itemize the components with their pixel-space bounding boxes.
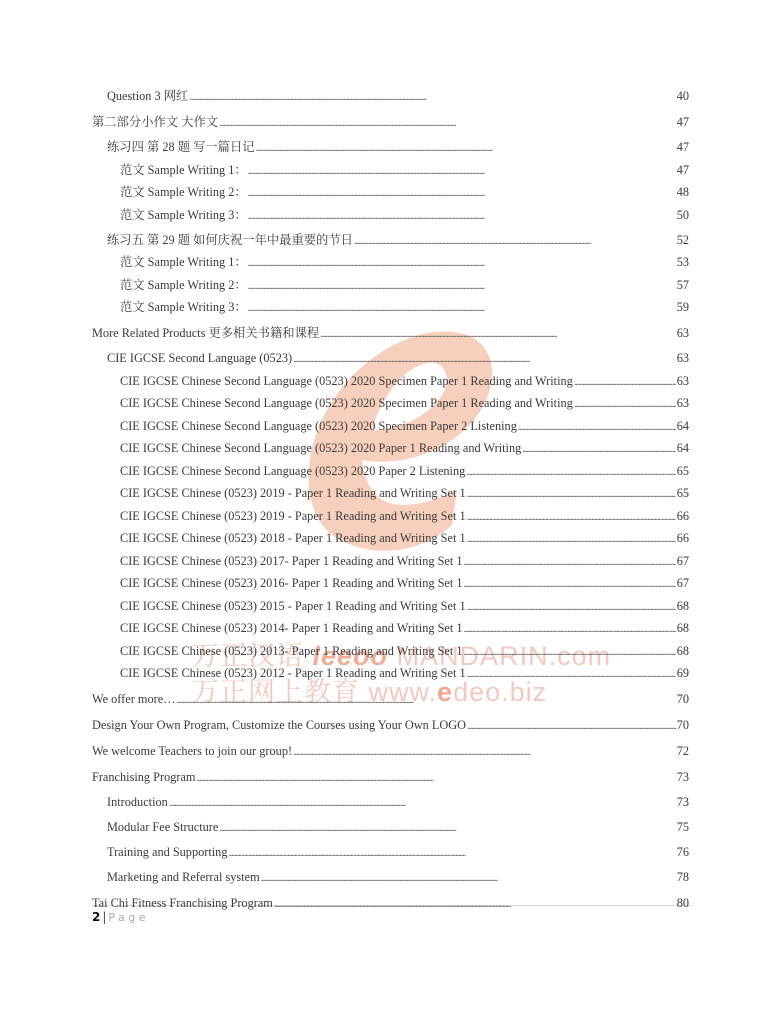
toc-entry[interactable]: CIE IGCSE Second Language (0523)63 [92,351,689,367]
toc-dot-leader [467,667,676,682]
toc-dot-leader [354,234,676,249]
toc-entry-page: 63 [677,351,689,366]
toc-entry-title: CIE IGCSE Chinese (0523) 2019 - Paper 1 … [120,486,466,501]
toc-dot-leader [256,141,676,156]
toc-dot-leader [248,186,676,201]
toc-entry[interactable]: CIE IGCSE Chinese Second Language (0523)… [92,374,689,390]
toc-entry-title: Tai Chi Fitness Franchising Program [92,896,273,911]
toc-entry-title: CIE IGCSE Chinese Second Language (0523)… [120,441,521,456]
toc-dot-leader [464,555,676,570]
toc-dot-leader [261,871,676,886]
toc-entry-title: CIE IGCSE Chinese Second Language (0523)… [120,396,573,411]
toc-entry-page: 67 [677,554,689,569]
toc-entry[interactable]: CIE IGCSE Chinese (0523) 2012 - Paper 1 … [92,666,689,682]
toc-dot-leader [467,487,676,502]
toc-entry-title: CIE IGCSE Chinese (0523) 2012 - Paper 1 … [120,666,466,681]
toc-dot-leader [522,442,675,457]
toc-dot-leader [574,397,676,412]
toc-entry-page: 47 [677,163,689,178]
toc-entry-page: 68 [677,599,689,614]
toc-entry-title: CIE IGCSE Chinese (0523) 2016- Paper 1 R… [120,576,463,591]
toc-entry-page: 66 [677,509,689,524]
toc-entry-title: 范文 Sample Writing 2： [120,185,247,200]
toc-entry-page: 47 [677,140,689,155]
toc-entry-title: CIE IGCSE Chinese (0523) 2018 - Paper 1 … [120,531,466,546]
toc-entry-page: 40 [677,89,689,104]
toc-entry-title: CIE IGCSE Chinese Second Language (0523)… [120,464,465,479]
toc-entry[interactable]: Design Your Own Program, Customize the C… [92,718,689,734]
toc-dot-leader [466,465,675,480]
toc-dot-leader [228,846,675,861]
toc-entry[interactable]: 范文 Sample Writing 1：47 [92,163,689,179]
toc-entry-title: 范文 Sample Writing 1： [120,255,247,270]
toc-entry-title: 范文 Sample Writing 1： [120,163,247,178]
toc-dot-leader [197,771,676,786]
toc-entry[interactable]: Question 3 网红40 [92,89,689,105]
toc-entry-title: We offer more… [92,692,175,707]
toc-entry-title: More Related Products 更多相关书籍和课程 [92,326,319,341]
toc-entry-page: 47 [677,115,689,130]
toc-entry-title: Introduction [107,795,168,810]
toc-entry[interactable]: CIE IGCSE Chinese (0523) 2017- Paper 1 R… [92,554,689,570]
toc-entry-page: 73 [677,795,689,810]
toc-dot-leader [467,600,676,615]
toc-dot-leader [189,90,675,105]
toc-entry[interactable]: CIE IGCSE Chinese (0523) 2014- Paper 1 R… [92,621,689,637]
toc-entry[interactable]: 练习四 第 28 题 写一篇日记47 [92,140,689,156]
toc-entry[interactable]: CIE IGCSE Chinese Second Language (0523)… [92,396,689,412]
toc-entry-page: 64 [677,441,689,456]
toc-dot-leader [467,510,676,525]
toc-entry-title: Marketing and Referral system [107,870,260,885]
toc-entry-page: 52 [677,233,689,248]
toc-entry-title: 练习四 第 28 题 写一篇日记 [107,140,255,155]
toc-entry-title: We welcome Teachers to join our group! [92,744,292,759]
toc-entry-page: 75 [677,820,689,835]
toc-entry-page: 68 [677,644,689,659]
toc-entry-title: Question 3 网红 [107,89,188,104]
toc-entry[interactable]: CIE IGCSE Chinese (0523) 2016- Paper 1 R… [92,576,689,592]
toc-entry-title: Design Your Own Program, Customize the C… [92,718,466,733]
toc-entry-title: CIE IGCSE Chinese (0523) 2013- Paper 1 R… [120,644,463,659]
toc-entry[interactable]: 第二部分小作文 大作文47 [92,115,689,131]
toc-entry[interactable]: We welcome Teachers to join our group!72 [92,744,689,760]
toc-entry-page: 68 [677,621,689,636]
toc-entry-page: 70 [677,718,689,733]
toc-entry[interactable]: CIE IGCSE Chinese Second Language (0523)… [92,441,689,457]
toc-entry-title: CIE IGCSE Chinese Second Language (0523)… [120,374,573,389]
toc-entry-title: CIE IGCSE Chinese (0523) 2017- Paper 1 R… [120,554,463,569]
page-number: 2 [92,910,100,924]
toc-entry-title: 练习五 第 29 题 如何庆祝一年中最重要的节日 [107,233,353,248]
toc-entry[interactable]: CIE IGCSE Chinese (0523) 2019 - Paper 1 … [92,509,689,525]
toc-entry-page: 64 [677,419,689,434]
toc-entry-page: 66 [677,531,689,546]
toc-entry[interactable]: CIE IGCSE Chinese (0523) 2015 - Paper 1 … [92,599,689,615]
toc-dot-leader [518,420,676,435]
toc-entry-title: CIE IGCSE Second Language (0523) [107,351,292,366]
toc-dot-leader [248,279,676,294]
toc-dot-leader [219,116,676,131]
toc-entry[interactable]: More Related Products 更多相关书籍和课程63 [92,326,689,342]
toc-entry[interactable]: CIE IGCSE Chinese (0523) 2018 - Paper 1 … [92,531,689,547]
toc-entry-page: 69 [677,666,689,681]
toc-entry-page: 63 [677,396,689,411]
toc-entry-page: 63 [677,374,689,389]
toc-entry[interactable]: CIE IGCSE Chinese Second Language (0523)… [92,464,689,480]
toc-entry-title: CIE IGCSE Chinese Second Language (0523)… [120,419,517,434]
toc-dot-leader [219,821,675,836]
toc-entry-page: 65 [677,486,689,501]
toc-entry-page: 48 [677,185,689,200]
toc-entry[interactable]: 范文 Sample Writing 1：53 [92,255,689,271]
toc-entry-title: 范文 Sample Writing 3： [120,300,247,315]
toc-dot-leader [248,301,676,316]
toc-entry-page: 73 [677,770,689,785]
toc-dot-leader [293,352,676,367]
toc-dot-leader [320,327,676,342]
toc-dot-leader [274,897,676,912]
toc-entry-page: 59 [677,300,689,315]
toc-entry-page: 50 [677,208,689,223]
page-footer: 2|Page [92,910,149,924]
toc-entry[interactable]: Modular Fee Structure75 [92,820,689,836]
table-of-contents: Question 3 网红40第二部分小作文 大作文47练习四 第 28 题 写… [92,89,689,912]
toc-entry[interactable]: 范文 Sample Writing 3：50 [92,208,689,224]
toc-entry-title: Franchising Program [92,770,196,785]
toc-entry[interactable]: CIE IGCSE Chinese Second Language (0523)… [92,419,689,435]
toc-dot-leader [169,796,676,811]
toc-dot-leader [176,693,675,708]
toc-entry-page: 67 [677,576,689,591]
toc-entry-page: 76 [677,845,689,860]
toc-entry[interactable]: 范文 Sample Writing 3：59 [92,300,689,316]
toc-dot-leader [467,532,676,547]
toc-entry[interactable]: Franchising Program73 [92,770,689,786]
toc-entry-page: 53 [677,255,689,270]
toc-entry-page: 57 [677,278,689,293]
toc-dot-leader [464,577,676,592]
toc-entry[interactable]: Marketing and Referral system78 [92,870,689,886]
toc-entry[interactable]: 范文 Sample Writing 2：48 [92,185,689,201]
toc-dot-leader [467,719,676,734]
toc-dot-leader [248,256,676,271]
toc-dot-leader [293,745,676,760]
toc-entry[interactable]: Training and Supporting76 [92,845,689,861]
toc-entry-page: 70 [677,692,689,707]
toc-entry-page: 78 [677,870,689,885]
toc-entry[interactable]: CIE IGCSE Chinese (0523) 2019 - Paper 1 … [92,486,689,502]
toc-entry-title: CIE IGCSE Chinese (0523) 2015 - Paper 1 … [120,599,466,614]
toc-entry[interactable]: Tai Chi Fitness Franchising Program80 [92,896,689,912]
toc-entry-page: 63 [677,326,689,341]
toc-entry[interactable]: 范文 Sample Writing 2：57 [92,278,689,294]
toc-dot-leader [248,209,676,224]
footer-separator: | [102,910,106,924]
page-label: Page [108,911,149,924]
toc-entry-page: 65 [677,464,689,479]
toc-entry-page: 72 [677,744,689,759]
toc-entry-title: 范文 Sample Writing 3： [120,208,247,223]
toc-entry-title: 范文 Sample Writing 2： [120,278,247,293]
toc-entry-page: 80 [677,896,689,911]
toc-entry-title: CIE IGCSE Chinese (0523) 2019 - Paper 1 … [120,509,466,524]
toc-entry[interactable]: CIE IGCSE Chinese (0523) 2013- Paper 1 R… [92,644,689,660]
toc-entry-title: 第二部分小作文 大作文 [92,115,218,130]
toc-entry[interactable]: We offer more…70 [92,692,689,708]
toc-dot-leader [248,164,676,179]
toc-entry-title: Modular Fee Structure [107,820,218,835]
toc-entry[interactable]: 练习五 第 29 题 如何庆祝一年中最重要的节日52 [92,233,689,249]
toc-entry-title: Training and Supporting [107,845,227,860]
toc-dot-leader [464,645,676,660]
toc-entry[interactable]: Introduction73 [92,795,689,811]
toc-entry-title: CIE IGCSE Chinese (0523) 2014- Paper 1 R… [120,621,463,636]
toc-dot-leader [464,622,676,637]
toc-dot-leader [574,375,676,390]
